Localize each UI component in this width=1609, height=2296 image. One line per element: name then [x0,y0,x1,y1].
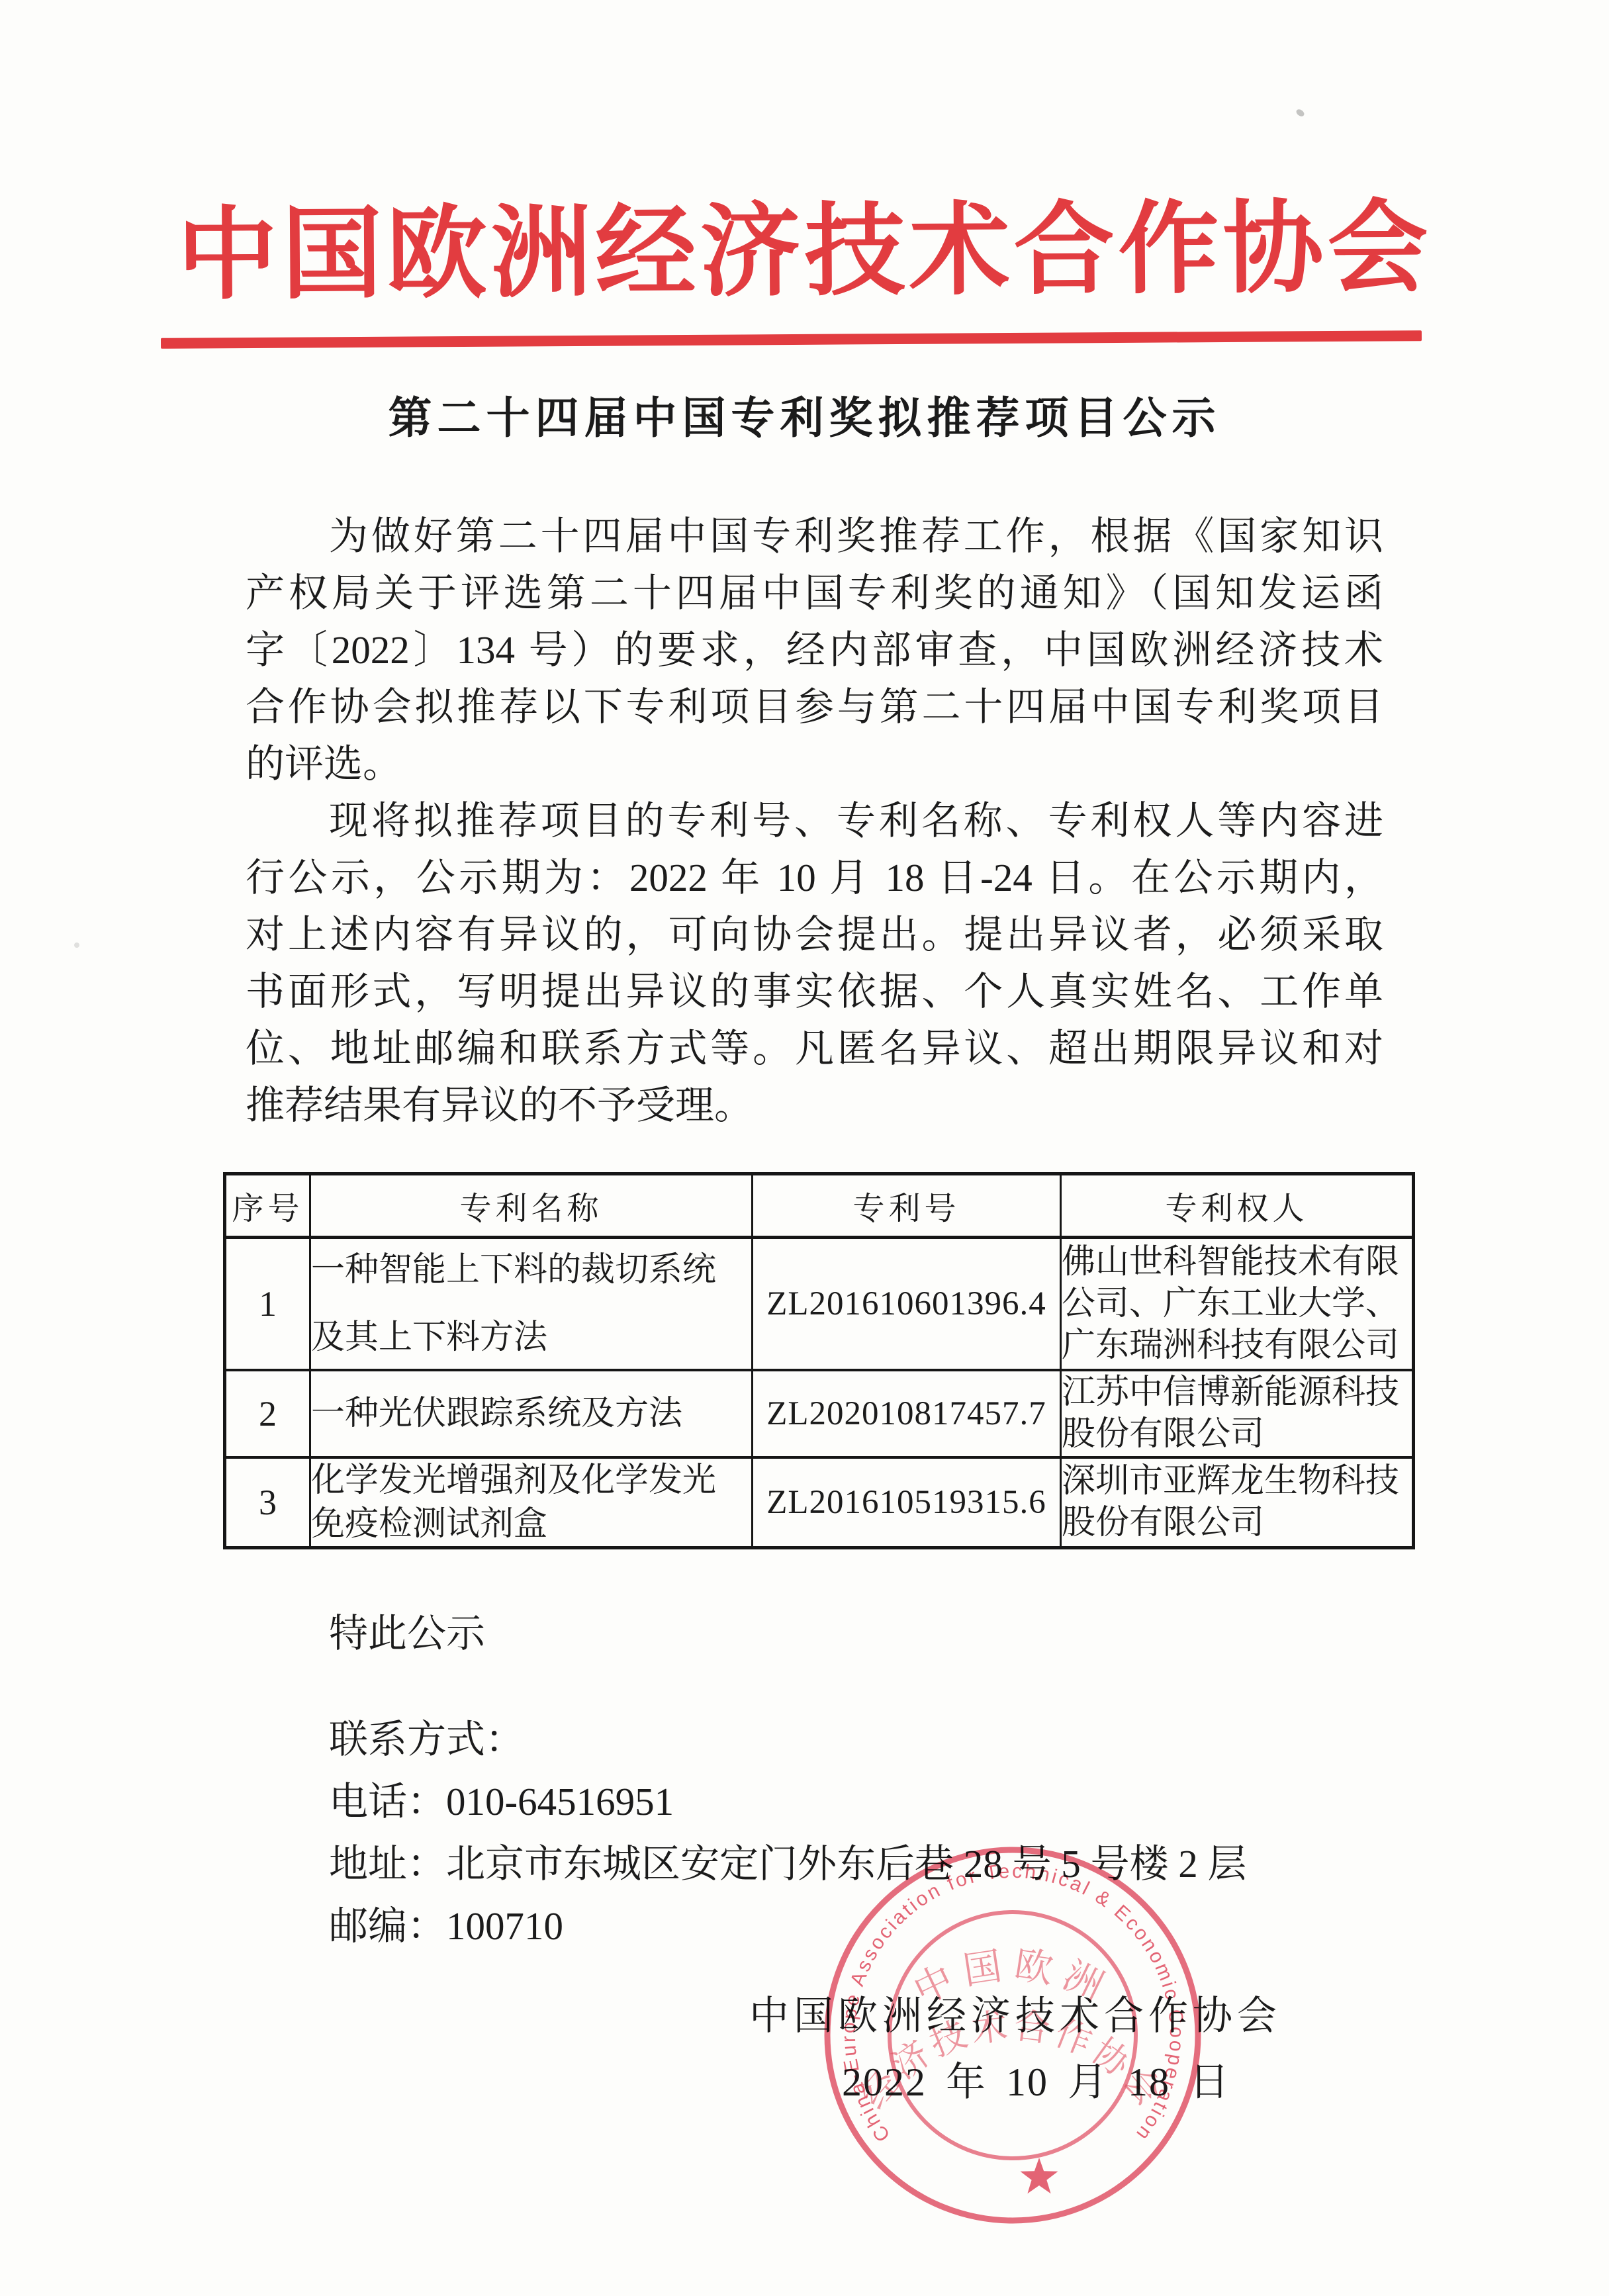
paragraph-1-line-2: 产权局关于评选第二十四届中国专利奖的通知》（国知发运函 [246,565,1383,621]
issue-date: 2022 年 10 月 18 日 [842,2050,1230,2107]
paragraph-1-line-4: 合作协会拟推荐以下专利项目参与第二十四届中国专利奖项目 [246,678,1383,735]
closing-statement: 特此公示 [329,1612,485,1655]
cell-patent-holder: 深圳市亚辉龙生物科技股份有限公司 [1061,1457,1414,1548]
letterhead-rule [161,330,1422,349]
star-icon [1021,2158,1058,2193]
paragraph-1-line-1: 为做好第二十四届中国专利奖推荐工作，根据《国家知识 [246,508,1383,565]
contact-phone: 电话：010-64516951 [329,1780,674,1823]
issuer-signature: 中国欧洲经济技术合作协会 [749,1984,1281,2041]
contact-postcode: 邮编：100710 [329,1905,563,1947]
paragraph-2-line-1: 现将拟推荐项目的专利号、专利名称、专利权人等内容进 [246,792,1383,849]
patent-name-line: 及其上下料方法 [311,1316,751,1359]
patent-holder-line: 广东瑞洲科技有限公司 [1062,1325,1412,1367]
paragraph-2-line-3: 对上述内容有异议的，可向协会提出。提出异议者，必须采取 [246,906,1383,963]
patent-holder-line: 江苏中信博新能源科技 [1062,1372,1412,1414]
patent-holder-line: 佛山世科智能技术有限 [1062,1242,1412,1283]
paragraph-1-line-5: 的评选。 [246,735,1383,792]
cell-patent-number: ZL201610601396.4 [753,1238,1061,1371]
scan-speck [1295,108,1306,118]
cell-index: 3 [225,1457,310,1548]
document-page: 中国欧洲经济技术合作协会 第二十四届中国专利奖拟推荐项目公示 为做好第二十四届中… [0,0,1609,2296]
cell-index: 1 [225,1238,310,1371]
cell-index: 2 [225,1370,310,1457]
paragraph-2-line-5: 位、地址邮编和联系方式等。凡匿名异议、超出期限异议和对 [246,1020,1383,1077]
body-text: 为做好第二十四届中国专利奖推荐工作，根据《国家知识产权局关于评选第二十四届中国专… [246,508,1383,1134]
patent-holder-line: 公司、广东工业大学、 [1062,1283,1412,1325]
cell-patent-holder: 佛山世科智能技术有限公司、广东工业大学、广东瑞洲科技有限公司 [1061,1238,1414,1371]
patent-holder-line: 股份有限公司 [1062,1502,1412,1544]
patent-table: 序号专利名称专利号专利权人1一种智能上下料的裁切系统及其上下料方法ZL20161… [223,1172,1415,1549]
contact-address: 地址：北京市东城区安定门外东后巷 28 号 5 号楼 2 层 [329,1843,1247,1885]
cell-patent-holder: 江苏中信博新能源科技股份有限公司 [1061,1370,1414,1457]
column-header-1: 序号 [225,1174,310,1238]
table-row: 3化学发光增强剂及化学发光免疫检测试剂盒ZL201610519315.6深圳市亚… [225,1457,1414,1548]
cell-patent-name: 一种光伏跟踪系统及方法 [310,1370,753,1457]
column-header-4: 专利权人 [1061,1174,1414,1238]
paragraph-1-line-3: 字〔2022〕134 号）的要求，经内部审查，中国欧洲经济技术 [246,621,1383,678]
cell-patent-name: 化学发光增强剂及化学发光免疫检测试剂盒 [310,1457,753,1548]
letterhead-title: 中国欧洲经济技术合作协会 [0,166,1609,320]
scan-speck [74,942,79,948]
patent-holder-line: 深圳市亚辉龙生物科技 [1062,1461,1412,1502]
patent-name-line: 免疫检测试剂盒 [311,1502,751,1546]
document-title: 第二十四届中国专利奖拟推荐项目公示 [0,383,1609,445]
cell-patent-number: ZL201610519315.6 [753,1457,1061,1548]
column-header-2: 专利名称 [310,1174,753,1238]
cell-patent-name: 一种智能上下料的裁切系统及其上下料方法 [310,1238,753,1371]
table-header-row: 序号专利名称专利号专利权人 [225,1174,1414,1238]
patent-name-line: 一种智能上下料的裁切系统 [311,1248,751,1292]
cell-patent-number: ZL202010817457.7 [753,1370,1061,1457]
paragraph-2-line-6: 推荐结果有异议的不予受理。 [246,1077,1383,1134]
patent-name-line: 一种光伏跟踪系统及方法 [311,1392,751,1436]
contact-label: 联系方式： [329,1718,524,1761]
patent-holder-line: 股份有限公司 [1062,1414,1412,1455]
column-header-3: 专利号 [753,1174,1061,1238]
paragraph-2-line-2: 行公示，公示期为：2022 年 10 月 18 日-24 日。在公示期内， [246,849,1383,906]
patent-name-line: 化学发光增强剂及化学发光 [311,1459,751,1502]
paragraph-2-line-4: 书面形式，写明提出异议的事实依据、个人真实姓名、工作单 [246,963,1383,1020]
table-row: 1一种智能上下料的裁切系统及其上下料方法ZL201610601396.4佛山世科… [225,1238,1414,1371]
table-row: 2一种光伏跟踪系统及方法ZL202010817457.7江苏中信博新能源科技股份… [225,1370,1414,1457]
